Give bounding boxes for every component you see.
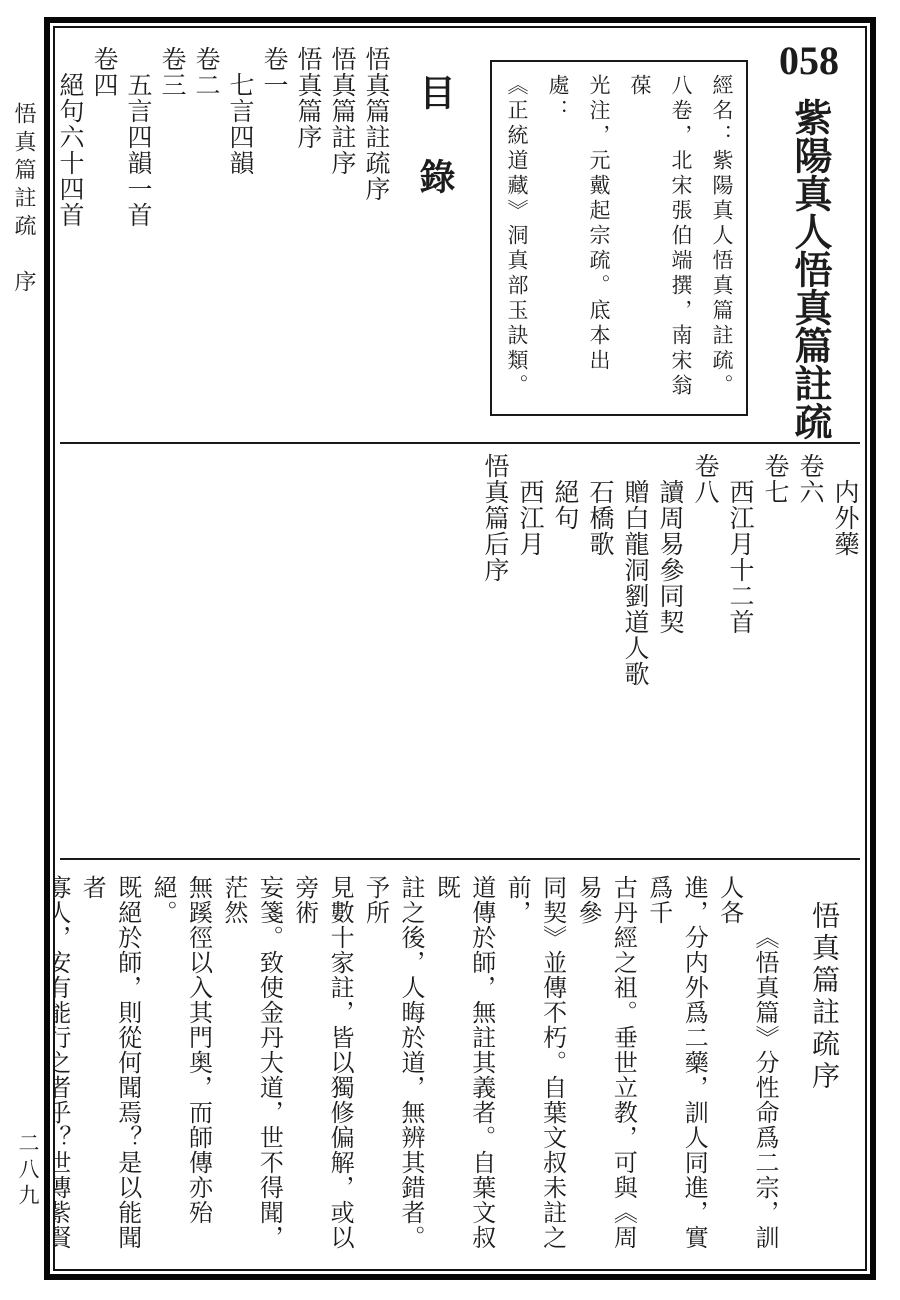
running-title: 悟真篇註疏 序 (10, 102, 38, 298)
section-divider-top (60, 442, 860, 444)
toc-entry: 悟真篇註疏序 (358, 46, 392, 442)
toc-entry: 七言四韻 (222, 46, 256, 442)
section-divider-bottom (60, 858, 860, 860)
toc-entry: 卷二 (188, 46, 222, 442)
running-title-section: 序 (12, 270, 37, 298)
title-block: 058 紫陽真人悟真篇註疏 (773, 28, 845, 440)
toc-section-continued: 内外藥卷六卷七西江月十二首卷八讀周易參同契贈白龍洞劉道人歌石橋歌絕句西江月悟真篇… (55, 445, 865, 857)
toc-entry: 悟真篇后序 (477, 453, 512, 857)
page-border-frame-inner: 058 紫陽真人悟真篇註疏 經名：紫陽真人悟真篇註疏。八卷，北宋張伯端撰，南宋翁… (53, 26, 867, 1271)
running-title-text: 悟真篇註疏 (12, 102, 37, 242)
toc-entry: 五言四韻一首 (120, 46, 154, 442)
toc-entry: 卷四 (86, 46, 120, 442)
toc-entry: 卷七 (757, 453, 792, 857)
preface-line: 無蹊徑以入其門奥，而師傳亦殆絕。 (144, 875, 215, 1265)
toc-entry: 卷六 (792, 453, 827, 857)
colophon-box: 經名：紫陽真人悟真篇註疏。八卷，北宋張伯端撰，南宋翁葆光注，元戴起宗疏。底本出處… (490, 60, 748, 416)
toc-entry: 卷八 (687, 453, 722, 857)
preface-line: 註之後，人晦於道，無辨其錯者。予所 (356, 875, 427, 1265)
toc-entry: 卷一 (256, 46, 290, 442)
preface-line: 見數十家註，皆以獨修偏解，或以旁術 (285, 875, 356, 1265)
toc-entry: 贈白龍洞劉道人歌 (617, 453, 652, 857)
page-border-frame: 058 紫陽真人悟真篇註疏 經名：紫陽真人悟真篇註疏。八卷，北宋張伯端撰，南宋翁… (44, 17, 876, 1280)
colophon-line: 光注，元戴起宗疏。底本出處： (537, 74, 619, 408)
preface-line: 道傳於師，無註其義者。自葉文叔既 (427, 875, 498, 1265)
book-number: 058 (773, 28, 845, 94)
toc-entry: 絕句六十四首 (53, 46, 86, 442)
toc-entry: 西江月十二首 (722, 453, 757, 857)
preface-line: 同契》並傳不朽。自葉文叔未註之前， (498, 875, 569, 1265)
preface-line: 妄箋。致使金丹大道，世不得聞，茫然 (215, 875, 286, 1265)
toc-entry: 石橋歌 (582, 453, 617, 857)
book-title: 紫陽真人悟真篇註疏 (789, 98, 829, 440)
toc-entry: 悟真篇序 (290, 46, 324, 442)
preface-line: 《悟真篇》分性命爲二宗，訓人各 (710, 875, 781, 1265)
page-number: 二八九 (14, 1132, 42, 1210)
scanned-book-page: 悟真篇註疏 序 二八九 058 紫陽真人悟真篇註疏 經名：紫陽真人悟真篇註疏。八… (0, 0, 900, 1300)
toc-entry: 悟真篇註序 (324, 46, 358, 442)
preface-line: 既絕於師，則從何聞焉？是以能聞者 (73, 875, 144, 1265)
preface-title: 悟真篇註疏序 (801, 875, 845, 1265)
colophon-line: 八卷，北宋張伯端撰，南宋翁葆 (619, 74, 701, 408)
title-and-toc-section: 058 紫陽真人悟真篇註疏 經名：紫陽真人悟真篇註疏。八卷，北宋張伯端撰，南宋翁… (55, 28, 865, 442)
toc-entry: 讀周易參同契 (652, 453, 687, 857)
toc-list-top: 目 錄 悟真篇註疏序悟真篇註序悟真篇序卷一七言四韻卷二卷三五言四韻一首卷四絕句六… (53, 28, 460, 442)
preface-line: 進，分内外爲二藥，訓人同進，實爲千 (639, 875, 710, 1265)
toc-entry: 卷三 (154, 46, 188, 442)
toc-entry: 絕句 (547, 453, 582, 857)
toc-entry: 西江月 (512, 453, 547, 857)
preface-line: 古丹經之祖。垂世立教，可與《周易參 (569, 875, 640, 1265)
preface-line: 寡人，安有能行之者乎？世傳紫賢所 (53, 875, 73, 1265)
colophon-line: 《正統道藏》洞真部玉訣類。 (496, 74, 537, 408)
colophon-line: 經名：紫陽真人悟真篇註疏。 (701, 74, 742, 408)
toc-entry: 内外藥 (827, 453, 862, 857)
toc-heading: 目 錄 (410, 46, 460, 442)
preface-section: 悟真篇註疏序 《悟真篇》分性命爲二宗，訓人各進，分内外爲二藥，訓人同進，實爲千古… (55, 861, 865, 1265)
